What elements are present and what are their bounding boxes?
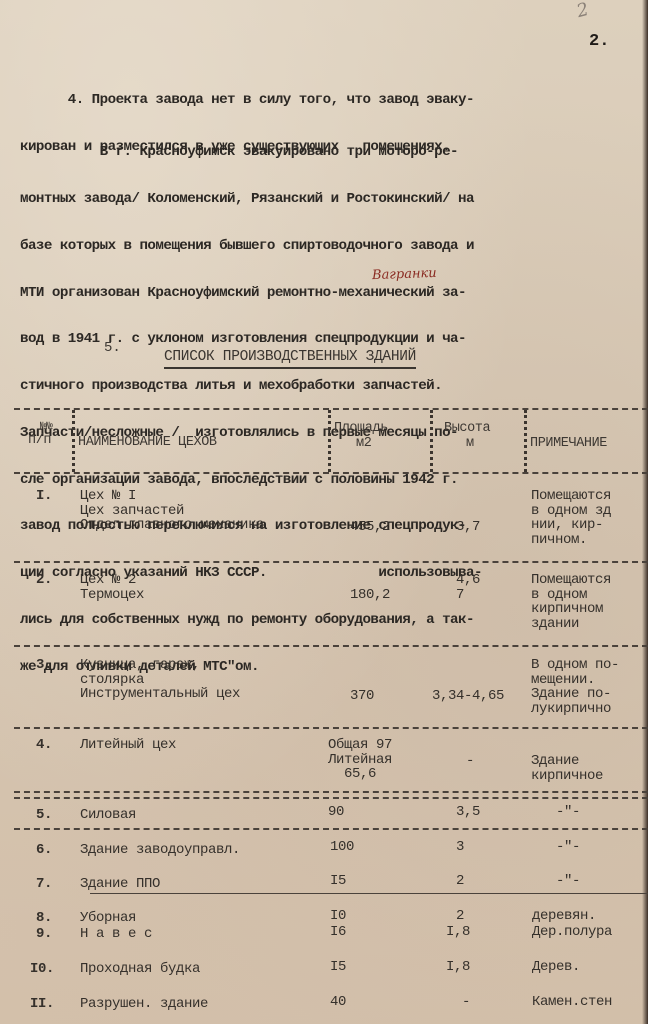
row-note: деревян. <box>532 909 596 924</box>
header-height-line2: м <box>466 437 474 452</box>
row-height: 3 <box>456 840 464 855</box>
row-name: Здание заводоуправл. <box>80 843 240 858</box>
row-area: 100 <box>330 840 354 855</box>
archival-document-page: 2 2. 4. Проекта завода нет в силу того, … <box>0 0 648 1024</box>
table-rule <box>14 791 648 793</box>
row-note: -"- <box>556 840 580 855</box>
row-name: Литейный цех <box>80 738 176 753</box>
row-height: - <box>466 754 474 769</box>
table-rule <box>14 727 648 729</box>
row-note: Здание кирпичное <box>531 754 603 783</box>
row-note: Дерев. <box>532 960 580 975</box>
header-area-line2: м2 <box>356 437 371 452</box>
column-divider <box>328 410 331 472</box>
paragraph-line: монтных завода/ Коломенский, Рязанский и… <box>20 192 482 208</box>
row-num: 4. <box>36 738 52 753</box>
row-height: I,8 <box>446 925 470 940</box>
column-divider <box>524 410 527 472</box>
row-area: 455,2 <box>350 520 390 535</box>
row-name: Цех № 2 Термоцех <box>80 573 144 602</box>
row-note: В одном по- мещении. Здание по- лукирпич… <box>531 658 619 716</box>
paragraph-line: сле организации завода, впоследствии с п… <box>20 473 482 489</box>
row-note: Дер.полура <box>532 925 612 940</box>
row-area: I0 <box>330 909 346 924</box>
row-num: 3. <box>36 658 52 673</box>
paragraph-line: базе которых в помещения бывшего спиртов… <box>20 239 482 255</box>
row-height: I,8 <box>446 960 470 975</box>
row-name: Кузница, гараж, столярка Инструментальны… <box>80 658 240 702</box>
row-area: 180,2 <box>350 588 390 603</box>
row-num: 8. <box>36 911 52 926</box>
row-note: -"- <box>556 805 580 820</box>
table-rule-top <box>14 408 648 410</box>
row-note: Камен.стен <box>532 995 612 1010</box>
paragraph-line: 4. Проекта завода нет в силу того, что з… <box>20 93 474 109</box>
row-num: II. <box>30 997 54 1012</box>
row-name: Проходная будка <box>80 962 200 977</box>
table-rule <box>90 893 648 894</box>
row-num: 5. <box>36 808 52 823</box>
row-height: 3,7 <box>456 520 480 535</box>
section-number: 5. <box>104 340 121 356</box>
page-number: 2. <box>589 32 609 51</box>
header-name: НАИМЕНОВАНИЕ ЦЕХОВ <box>78 436 217 451</box>
header-height-line1: Высота <box>444 422 490 437</box>
handwritten-insert: Вагранки <box>372 266 437 283</box>
row-area: 90 <box>328 805 344 820</box>
column-divider <box>430 410 433 472</box>
row-name: Уборная <box>80 911 136 926</box>
row-name: Н а в е с <box>80 927 152 942</box>
table-rule <box>14 561 648 563</box>
row-height: 2 <box>456 909 464 924</box>
row-num: I. <box>36 489 52 504</box>
row-area: 370 <box>350 689 374 704</box>
row-area: I5 <box>330 960 346 975</box>
header-note: ПРИМЕЧАНИЕ <box>530 437 607 452</box>
row-area: Общая 97 Литейная 65,6 <box>328 738 392 782</box>
row-note: Помещаются в одном зд нии, кир- пичном. <box>531 489 611 547</box>
paragraph-line: В г. Красноуфимск эвакуировано три мотор… <box>20 145 482 161</box>
row-area: I6 <box>330 925 346 940</box>
row-name: Цех № I Цех запчастей Отдел главного мех… <box>80 489 264 533</box>
row-height: - <box>462 995 470 1010</box>
column-divider <box>72 410 75 472</box>
row-height: 3,5 <box>456 805 480 820</box>
table-rule <box>14 645 648 647</box>
row-area: 40 <box>330 995 346 1010</box>
row-num: 7. <box>36 877 52 892</box>
paragraph-line: вод в 1941 г. с уклоном изготовления спе… <box>20 332 482 348</box>
row-height: 2 <box>456 874 464 889</box>
row-num: 2. <box>36 573 52 588</box>
paragraph-evacuation: В г. Красноуфимск эвакуировано три мотор… <box>20 114 482 707</box>
paragraph-line: МТИ организован Красноуфимский ремонтно-… <box>20 286 482 302</box>
row-num: 9. <box>36 927 52 942</box>
row-num: I0. <box>30 962 54 977</box>
row-height: 3,34-4,65 <box>432 689 504 704</box>
row-area: I5 <box>330 874 346 889</box>
row-name: Силовая <box>80 808 136 823</box>
row-note: Помещаются в одном кирпичном здании <box>531 573 611 631</box>
row-num: 6. <box>36 843 52 858</box>
header-num-line2: п/п <box>28 434 51 449</box>
table-rule-header-bottom <box>14 472 648 474</box>
table-rule <box>14 797 648 799</box>
table-rule <box>14 828 648 830</box>
row-height: 4,6 7 <box>456 573 480 602</box>
header-area-line1: Площадь <box>334 422 388 437</box>
row-name: Разрушен. здание <box>80 997 208 1012</box>
table-title: СПИСОК ПРОИЗВОДСТВЕННЫХ ЗДАНИЙ <box>164 349 416 369</box>
paragraph-line: стичного производства литья и мехобработ… <box>20 379 482 395</box>
row-note: -"- <box>556 874 580 889</box>
paragraph-line: лись для собственных нужд по ремонту обо… <box>20 613 482 629</box>
pencil-folio-mark: 2 <box>574 0 590 22</box>
page-edge-shadow <box>642 0 648 1024</box>
row-name: Здание ППО <box>80 877 160 892</box>
